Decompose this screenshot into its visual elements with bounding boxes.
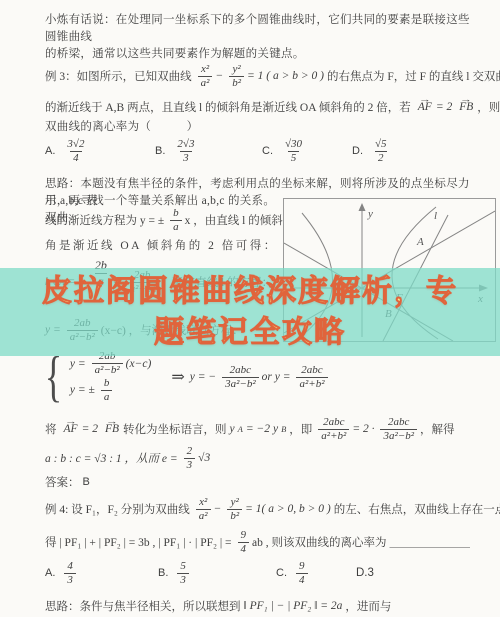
analysis3-line3-pre: 线的渐近线方程为 y = ± <box>45 212 164 228</box>
vector-AF-2: AF <box>63 423 79 435</box>
fraction-y2-b2-ex4: y² b² <box>227 496 242 523</box>
option-C: C. √30 5 <box>262 134 308 168</box>
vector-FB-2: FB <box>104 423 120 435</box>
result-or: or y = <box>262 371 291 383</box>
fraction-b-a: b a <box>170 207 182 234</box>
option4-D: D.3 <box>356 556 380 590</box>
label-A: A <box>416 236 424 248</box>
fraction-x2-a2-ex4: x² a² <box>196 496 211 523</box>
intro-line1: 小炼有话说：在处理同一坐标系下的多个圆锥曲线时，它们共同的要素是联接这些圆锥曲线 <box>45 12 470 46</box>
system-brace: { <box>45 349 62 405</box>
example3-line1: 例 3：如图所示，已知双曲线 x² a² − y² b² = 1 ( a > b… <box>45 56 500 96</box>
option4-A-value: 4 3 <box>64 560 76 587</box>
fraction-result2: 2abc a²+b² <box>296 364 327 391</box>
vector-AF: AF <box>417 101 433 113</box>
option4-A: A. 4 3 <box>45 556 79 590</box>
example3-line2-post: ，则该 <box>477 99 500 115</box>
option-A-value: 3√2 4 <box>64 138 87 165</box>
option4-C-value: 9 4 <box>296 560 308 587</box>
example3-line2-pre: 的渐近线于 A,B 两点，且直线 l 的倾斜角是渐近线 OA 倾斜角的 2 倍，… <box>45 99 411 115</box>
example3-prefix: 例 3：如图所示，已知双曲线 <box>45 68 192 84</box>
fraction-eq2: b a <box>101 377 113 404</box>
example4-line2: 得 | PF₁ | + | PF₂ | = 3b , | PF₁ | · | P… <box>45 526 473 558</box>
result-pre: y = − <box>190 371 216 383</box>
analysis3-line3-post: x ，由直线 l 的倾斜 <box>185 212 283 228</box>
fraction-result1: 2abc 3a²−b² <box>222 364 259 391</box>
option4-C: C. 9 4 <box>276 556 311 590</box>
vector-FB: FB <box>458 101 474 113</box>
notes-page: 小炼有话说：在处理同一坐标系下的多个圆锥曲线时，它们共同的要素是联接这些圆锥曲线… <box>0 0 500 617</box>
option-B: B. 2√3 3 <box>155 134 200 168</box>
option-A: A. 3√2 4 <box>45 134 90 168</box>
option-D: D. √5 2 <box>352 134 393 168</box>
vector-equals: = 2 <box>436 101 452 113</box>
fraction-x2-a2: x² a² <box>198 63 213 90</box>
analysis4-line: 思路：条件与焦半径相关，所以联想到 ‖ PF₁ | − | PF₂ ‖ = 2a… <box>45 596 394 616</box>
option-D-value: √5 2 <box>372 138 390 165</box>
system-eq2: y = ± b a <box>70 377 154 404</box>
promo-banner: 皮拉阁圆锥曲线深度解析，专 题笔记全攻略 <box>0 268 500 356</box>
example3-line2: 的渐近线于 A,B 两点，且直线 l 的倾斜角是渐近线 OA 倾斜角的 2 倍，… <box>45 94 500 120</box>
fraction-2-3: 2 3 <box>184 445 196 472</box>
analysis3-line4: 角是渐近线 OA 倾斜角的 2 倍可得： <box>45 238 280 255</box>
fraction-concl2: 2abc 3a²−b² <box>380 416 417 443</box>
answer-value: B <box>83 476 90 488</box>
fraction-9-4: 9 4 <box>238 529 250 556</box>
conclusion-line2: a : b : c = √3 : 1 ，从而 e = 2 3 √3 <box>45 444 213 472</box>
analysis3-line3: 线的渐近线方程为 y = ± b a x ，由直线 l 的倾斜 <box>45 206 286 234</box>
fraction-y2-b2: y² b² <box>229 63 244 90</box>
option4-B: B. 5 3 <box>158 556 192 590</box>
option-B-value: 2√3 3 <box>174 138 197 165</box>
banner-title-line2: 题笔记全攻略 <box>154 312 346 353</box>
conclusion-line1: 将 AF = 2 FB 转化为坐标语言，则 yA = −2 yB ，即 2abc… <box>45 412 458 446</box>
banner-title-line1: 皮拉阁圆锥曲线深度解析，专 <box>42 271 458 312</box>
example4-line1: 例 4: 设 F₁，F₂ 分别为双曲线 x² a² − y² b² = 1( a… <box>45 488 500 530</box>
example3-equation: = 1 ( a > b > 0 ) <box>247 70 324 82</box>
answer-blank: ＿＿＿＿＿＿＿ <box>390 534 471 550</box>
option4-B-value: 5 3 <box>177 560 189 587</box>
option-C-value: √30 5 <box>282 138 305 165</box>
minus-sign: − <box>215 70 223 82</box>
system-equations: y = 2ab a²−b² (x−c) y = ± b a <box>70 350 154 404</box>
fraction-concl1: 2abc a²+b² <box>318 416 349 443</box>
implies-arrow: ⇒ <box>171 367 183 387</box>
example3-line3: 双曲线的离心率为（ ） <box>45 119 470 136</box>
focal-radius-expression: ‖ PF₁ | − | PF₂ ‖ = 2a <box>244 600 343 612</box>
label-l: l <box>434 210 437 222</box>
example3-line1-post: 的右焦点为 F，过 F 的直线 l 交双曲线 <box>327 68 500 84</box>
